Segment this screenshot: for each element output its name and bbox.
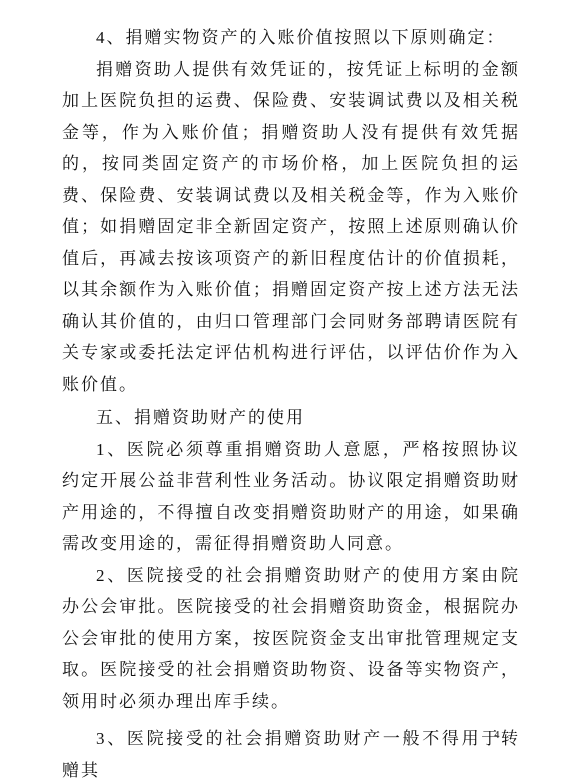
section-heading-5-usage-of-donated-property: 五、捐赠资助财产的使用 [62, 402, 520, 434]
paragraph-item-4-valuation-rule: 4、捐赠实物资产的入账价值按照以下原则确定： [62, 22, 520, 54]
paragraph-item-2-usage-approval: 2、医院接受的社会捐赠资助财产的使用方案由院办公会审批。医院接受的社会捐赠资助资… [62, 560, 520, 718]
paragraph-item-1-respect-donor-intent: 1、医院必须尊重捐赠资助人意愿，严格按照协议约定开展公益非营利性业务活动。协议限… [62, 434, 520, 560]
page-number: 4 [494, 729, 500, 741]
document-page: 4、捐赠实物资产的入账价值按照以下原则确定： 捐赠资助人提供有效凭证的，按凭证上… [0, 0, 584, 784]
paragraph-item-3-no-regift: 3、医院接受的社会捐赠资助财产一般不得用于转赠其 [62, 723, 520, 784]
document-text-block: 4、捐赠实物资产的入账价值按照以下原则确定： 捐赠资助人提供有效凭证的，按凭证上… [62, 22, 520, 784]
paragraph-valuation-principles: 捐赠资助人提供有效凭证的，按凭证上标明的金额加上医院负担的运费、保险费、安装调试… [62, 54, 520, 401]
